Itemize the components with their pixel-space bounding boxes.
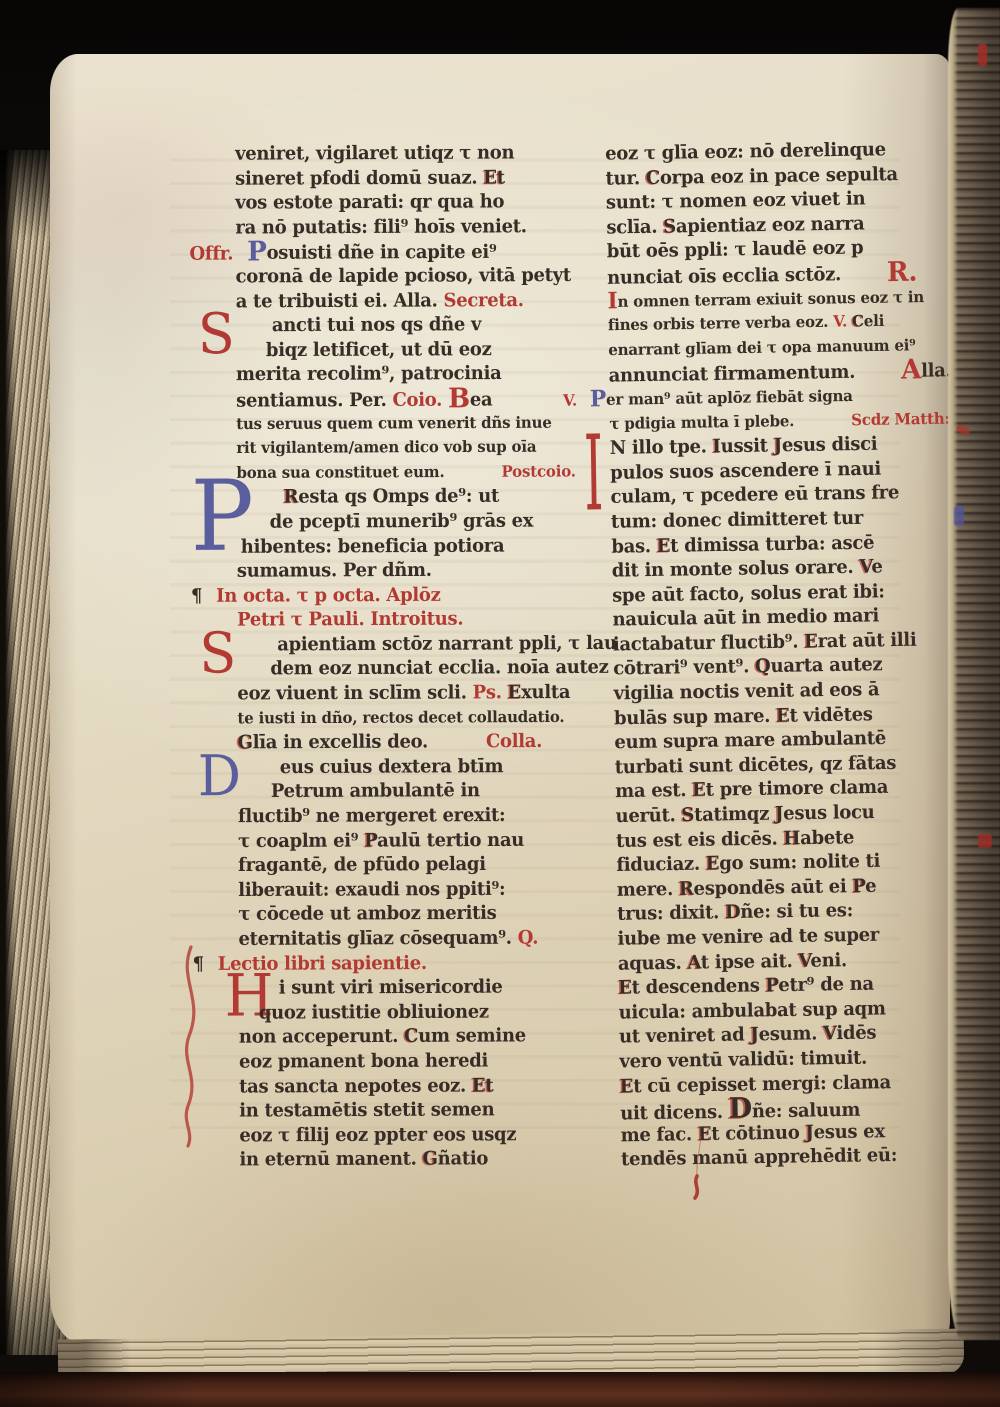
ink-text: me fac. — [620, 1123, 698, 1146]
ink-text: S — [663, 216, 676, 238]
ink-text: eternitatis glīaz cōsequam⁹. — [238, 927, 517, 950]
text-line: ¶In octa. τ p octa. Aplōz — [237, 582, 573, 608]
ink-text: P — [364, 829, 377, 851]
ink-text: E — [657, 535, 671, 557]
ink-text: um semine — [418, 1025, 526, 1047]
ink-text: G — [423, 1148, 438, 1170]
left-text-column: veniret, vigilaret utiqz τ nonsineret pf… — [235, 141, 575, 1173]
ink-text: esus locu — [783, 801, 875, 824]
ink-text: biqz letificet, ut dū eoz — [266, 338, 492, 361]
text-line: coronā de lapide pcioso, vitā petyt — [236, 263, 572, 289]
ink-text: esta qs Omps de⁹: ut — [298, 485, 499, 508]
ink-text: ¶ — [193, 953, 218, 975]
ink-text: uicula: ambulabat sup aqm — [619, 998, 886, 1024]
rubric-text: Colla. — [486, 731, 542, 753]
ink-text: pulos suos ascendere ī naui — [610, 458, 881, 484]
text-line: fluctib⁹ ne mergeret erexit: — [238, 803, 574, 829]
ink-text: E — [698, 1123, 712, 1145]
facing-initial-speck — [954, 506, 964, 526]
ink-text: trus: dixit. — [617, 902, 725, 926]
ink-text: iactabatur fluctib⁹. — [613, 631, 805, 656]
ink-text: P — [852, 875, 865, 897]
rubric-text: V. — [833, 312, 852, 331]
ink-text: ussit — [721, 435, 774, 458]
ink-text: vero ventū validū: timuit. — [619, 1047, 867, 1073]
ink-text: P — [765, 975, 778, 997]
ink-text: e — [871, 556, 882, 578]
rubric-text: Scdz Matth: — [851, 409, 950, 429]
ink-text: t ipse ait. — [701, 950, 799, 973]
ink-text: te iusti in dño, rectos decet collaudati… — [237, 707, 564, 727]
text-line: quoz iustitie obliuionez — [239, 999, 575, 1025]
ink-text: esus disci — [782, 433, 878, 456]
leather-cover-bottom — [0, 1372, 1000, 1407]
ink-text: fiduciaz. — [616, 853, 706, 876]
text-line: Sancti tui nos qs dñe v — [236, 312, 572, 338]
ink-text: eoz τ filij eoz ppter eos usqz — [239, 1123, 516, 1146]
ink-text: fines orbis terre verba eoz. — [608, 312, 834, 334]
rubric-text: Petri τ Pauli. Introitus. — [237, 608, 463, 631]
ink-text: eus cuius dextera btīm — [280, 755, 504, 778]
ink-text: ut veniret ad — [619, 1024, 751, 1048]
text-line: eternitatis glīaz cōsequam⁹. Q. — [238, 926, 574, 952]
ink-text: spe aūt facto, solus erat ibi: — [612, 580, 885, 606]
ink-text: t cōtinuo — [711, 1122, 805, 1145]
ink-text: t dimissa turba: ascē — [670, 531, 874, 556]
red-bottom-mark — [695, 1176, 697, 1198]
ink-text: V — [823, 1023, 837, 1045]
text-line: eoz viuent in sclīm scli. Ps. Exulta — [237, 680, 573, 706]
text-line: hibentes: beneficia potiora — [237, 533, 573, 559]
text-line: tendēs manū apprehēdit eū: — [621, 1142, 975, 1172]
text-line: sentiamus. Per. Coio. Bea — [236, 386, 572, 412]
text-line: non acceperunt. Cum semine — [239, 1024, 575, 1050]
ink-text: xulta — [521, 681, 570, 703]
facing-rubric-speck — [978, 834, 992, 848]
illuminated-initial: A — [901, 354, 921, 387]
ink-text: E — [692, 780, 706, 802]
ink-text: sclīa. — [606, 216, 663, 239]
ink-text: esum. — [758, 1023, 823, 1046]
ink-text: bona sua constituet eum. — [236, 462, 449, 482]
ink-text: dem eoz nunciat ecclia. noīa autez — [270, 657, 608, 680]
text-line: biqz letificet, ut dū eoz — [236, 337, 572, 363]
ink-text: tur. — [605, 167, 646, 189]
ink-text: bulās sup mare. — [614, 705, 776, 729]
ink-text: espondēs aūt ei — [693, 875, 852, 899]
ink-text: eoz viuent in sclīm scli. — [237, 682, 472, 705]
ink-text: C — [646, 167, 660, 189]
rubric-text: Secreta. — [443, 289, 523, 311]
ink-text: i sunt viri misericordie — [279, 976, 503, 999]
ink-text: veniret, vigilaret utiqz τ non — [235, 142, 514, 165]
ink-text: tatimqz — [694, 803, 775, 826]
ink-text: būt oēs ppli: τ laudē eoz p — [607, 237, 864, 263]
illuminated-initial: I — [607, 288, 617, 314]
ink-text: ñatio — [438, 1148, 489, 1170]
ink-text: C — [852, 312, 864, 331]
ink-text: culam, τ pcedere eū trans fre — [610, 482, 899, 508]
text-line: tus seruus quem cum venerit dñs inue — [236, 410, 572, 436]
ink-text: n omnen terram exiuit sonus eoz τ in — [617, 287, 924, 311]
ink-text: C — [404, 1026, 418, 1048]
ink-text: tus seruus quem cum venerit dñs inue — [236, 413, 552, 433]
text-line: tas sancta nepotes eoz. Et — [239, 1073, 575, 1099]
ink-text: eoz pmanent bona heredi — [239, 1050, 488, 1073]
text-line: Hi sunt viri misericordie — [239, 975, 575, 1001]
ink-text: H — [783, 827, 800, 849]
rubric-text: Postcoio. — [501, 462, 575, 481]
manuscript-page: veniret, vigilaret utiqz τ nonsineret pf… — [50, 54, 950, 1346]
ink-text: E — [508, 682, 522, 704]
ink-text: ra nō putatis: fili⁹ hoīs veniet. — [235, 215, 526, 238]
text-line: te iusti in dño, rectos decet collaudati… — [237, 705, 573, 731]
ink-text: J — [750, 1024, 759, 1046]
ink-text: enarrant glīam dei τ opa manuum ei⁹ — [608, 336, 916, 360]
ink-text: D — [725, 902, 741, 924]
rubric-text: Ps. — [473, 682, 508, 704]
ink-text: R — [284, 486, 299, 508]
rubric-text: In octa. τ p octa. Aplōz — [216, 584, 440, 607]
ink-text: mere. — [617, 878, 680, 901]
text-line: Petri τ Pauli. Introitus. — [237, 607, 573, 633]
ink-text: non acceperunt. — [239, 1026, 404, 1049]
ink-text: quoz iustitie obliuionez — [259, 1001, 489, 1024]
text-line: in testamētis stetit semen — [239, 1097, 575, 1123]
ink-text: abete — [800, 826, 854, 849]
ink-text: R — [679, 878, 694, 900]
ink-text: E — [620, 1075, 634, 1097]
text-line: Sapientiam sctōz narrant ppli, τ lau — [237, 631, 573, 657]
text-line: rit vigilantem/amen dico vob sup oīa — [236, 435, 572, 461]
ink-text: tas sancta nepotes eoz. — [239, 1074, 472, 1097]
ink-text: E — [804, 631, 818, 653]
rubric-text: V. — [563, 390, 590, 409]
text-line: bona sua constituet eum. Postcoio. — [236, 460, 572, 486]
ink-text: go sum: nolite ti — [719, 850, 880, 874]
ink-text: sentiamus. Per. — [236, 389, 392, 412]
ink-text: orpa eoz in pace sepulta — [660, 163, 898, 189]
book-photo: veniret, vigilaret utiqz τ nonsineret pf… — [0, 0, 1000, 1407]
text-line: veniret, vigilaret utiqz τ non — [235, 141, 571, 167]
ink-text: sunt: τ nomen eoz viuet in — [606, 188, 866, 214]
ink-text: E — [776, 705, 790, 727]
text-line: merita recolim⁹, patrocinia — [236, 361, 572, 387]
ink-text: apientiam sctōz narrant ppli, τ lau — [277, 632, 617, 655]
ink-text: idēs — [836, 1022, 876, 1044]
ink-text: cōtrari⁹ vent⁹. — [613, 656, 755, 680]
ink-text: osuisti dñe in capite ei⁹ — [267, 242, 497, 265]
ink-text: aulū tertio nau — [377, 829, 524, 851]
facing-rubric-speck — [955, 423, 971, 436]
ink-text: apientiaz eoz narra — [676, 213, 865, 238]
ink-text: fragantē, de pfūdo pelagi — [238, 854, 486, 877]
right-text-column: eoz τ glīa eoz: nō derelinquetur. Corpa … — [605, 136, 975, 1172]
ink-text: turbati sunt dicētes, qz fātas — [615, 752, 897, 778]
ink-text: ma est. — [615, 780, 692, 803]
ink-text: tus est eis dicēs. — [616, 827, 784, 851]
text-line: Petrum ambulantē in — [238, 779, 574, 805]
ink-text: er man⁹ aūt aplōz fiebāt signa — [606, 386, 853, 409]
ink-text: t cū cepisset mergi: clama — [633, 1071, 891, 1097]
ink-text: S — [681, 804, 694, 826]
ink-text: ¶ — [191, 585, 216, 607]
text-line: PResta qs Omps de⁹: ut — [236, 484, 572, 510]
ink-text: tum: donec dimitteret tur — [611, 507, 863, 533]
ink-text: V — [859, 556, 871, 578]
illuminated-initial: I — [584, 432, 604, 515]
text-line: de pceptī munerib⁹ grās ex — [237, 509, 573, 535]
illuminated-initial: B — [448, 382, 470, 414]
ink-text: eli — [864, 311, 885, 330]
ink-text: in testamētis stetit semen — [239, 1099, 494, 1122]
ink-text: rat aūt illi — [817, 629, 916, 652]
ink-text: nauicula aūt in medio mari — [612, 605, 879, 631]
text-line: ¶Lectio libri sapientie. — [239, 950, 575, 976]
ink-text: e — [865, 875, 876, 897]
text-line: τ cōcede ut amboz meritis — [238, 901, 574, 927]
ink-text: D — [728, 1093, 752, 1126]
text-line: τ coaplm ei⁹ Paulū tertio nau — [238, 828, 574, 854]
text-line: Glīa in excellis deo. Colla. — [238, 729, 574, 755]
ink-text: ea — [470, 389, 493, 411]
ink-text: t descendens — [632, 975, 766, 999]
illuminated-initial: D — [198, 748, 241, 804]
text-line: dem eoz nunciat ecclia. noīa autez — [237, 656, 573, 682]
ink-text: hibentes: beneficia potiora — [241, 534, 505, 557]
ink-text: ancti tui nos qs dñe v — [272, 314, 481, 337]
text-line: vos estote parati: qr qua ho — [235, 190, 571, 216]
illuminated-initial: S — [199, 625, 236, 681]
ink-text: τ pdigia multa ī plebe. — [609, 411, 799, 433]
text-line: sumamus. Per dñm. — [237, 558, 573, 584]
ink-text: coronā de lapide pcioso, vitā petyt — [236, 264, 571, 287]
ink-text: N illo tpe. — [610, 436, 713, 459]
ink-text: dit in monte solus orare. — [612, 556, 860, 582]
ink-text: tendēs manū apprehēdit eū: — [621, 1145, 897, 1171]
ink-text: eni. — [810, 949, 847, 971]
ink-text: E — [706, 853, 720, 875]
ink-text: τ cōcede ut amboz meritis — [238, 903, 496, 926]
ink-text: uerūt. — [615, 804, 681, 827]
text-line: eoz pmanent bona heredi — [239, 1048, 575, 1074]
ink-text: eoz τ glīa eoz: nō derelinque — [605, 139, 886, 165]
ink-text: Q — [755, 656, 771, 678]
text-line: a te tribuisti ei. Alla. Secreta. — [236, 288, 572, 314]
text-line: Offr. Posuisti dñe in capite ei⁹ — [235, 239, 571, 265]
ink-text: τ coaplm ei⁹ — [238, 830, 364, 852]
text-line: ra nō putatis: fili⁹ hoīs veniet. — [235, 214, 571, 240]
rubric-text: Offr. — [189, 243, 247, 265]
text-line: eoz τ filij eoz ppter eos usqz — [239, 1122, 575, 1148]
ink-text: Et — [483, 166, 505, 188]
ink-text: Et — [472, 1074, 494, 1096]
ink-text: fluctib⁹ ne mergeret erexit: — [238, 804, 505, 827]
ink-text: V — [798, 950, 810, 972]
ink-text: vigilia noctis venit ad eos ā — [613, 679, 879, 705]
illuminated-initial: P — [590, 386, 607, 412]
illuminated-initial: P — [247, 236, 266, 268]
ink-text: rit vigilantem/amen dico vob sup oīa — [236, 437, 536, 457]
ink-text: J — [775, 803, 784, 825]
ink-text: bas. — [611, 535, 657, 558]
facing-rubric-speck — [978, 44, 987, 66]
text-line: Deus cuius dextera btīm — [238, 754, 574, 780]
text-line: in eternū manent. Gñatio — [239, 1147, 575, 1173]
ink-text: a te tribuisti ei. Alla. — [236, 289, 444, 312]
ink-text: etr⁹ de na — [778, 973, 874, 996]
ink-text: uarta autez — [770, 654, 882, 678]
text-line: sineret pfodi domū suaz. Et — [235, 165, 571, 191]
ink-text: in eternū manent. — [239, 1148, 422, 1171]
illuminated-initial: S — [198, 306, 235, 362]
rubric-text: Coio. — [392, 389, 448, 411]
ink-text: vos estote parati: qr qua ho — [235, 191, 504, 214]
facing-page-edge — [948, 8, 1000, 1340]
ink-text: Petrum ambulantē in — [271, 780, 480, 803]
ink-text: aquas. — [618, 952, 688, 975]
ink-text: esus ex — [813, 1120, 885, 1143]
text-line: fragantē, de pfūdo pelagi — [238, 852, 574, 878]
ink-text: liberauit: exaudi nos ppiti⁹: — [238, 878, 505, 901]
ink-text: ñe: si tu es: — [740, 900, 853, 924]
ink-text: t pre timore clama — [705, 777, 888, 802]
ink-text: līa in excellis deo. — [253, 731, 434, 754]
ink-text: de pceptī munerib⁹ grās ex — [270, 510, 534, 533]
ink-text: sumamus. Per dñm. — [237, 559, 432, 582]
ink-text: A — [687, 951, 701, 973]
ink-text: E — [618, 977, 632, 999]
text-line: liberauit: exaudi nos ppiti⁹: — [238, 877, 574, 903]
ink-text: sineret pfodi domū suaz. — [235, 166, 483, 189]
ink-text: eum supra mare ambulantē — [614, 728, 886, 754]
ink-text: t vidētes — [789, 703, 872, 726]
rubric-text: Q. — [518, 927, 539, 949]
ink-text: iube me venire ad te super — [617, 924, 879, 950]
